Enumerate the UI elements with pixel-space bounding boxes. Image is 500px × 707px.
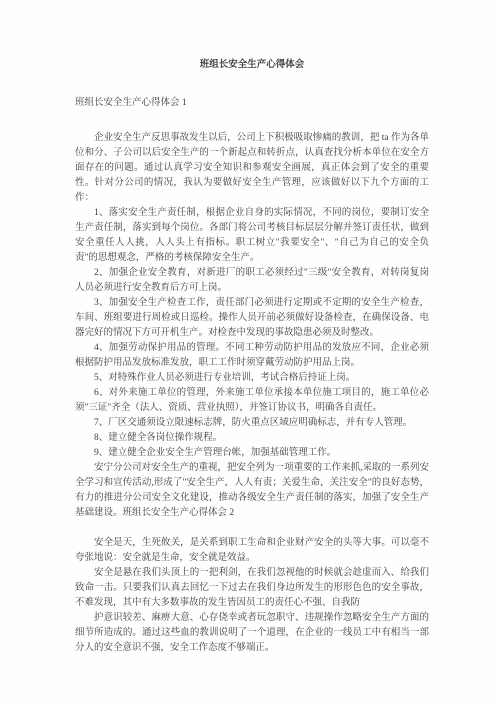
numbered-item-4: 4、加强劳动保护用品的管理。不同工种劳动防护用品的发放应不同，企业必须根据防护用…	[75, 341, 429, 371]
closing-paragraph-with-section-2-heading: 安宁分公司对安全生产的重视，把安全列为一项重要的工作来抓,采取的一系列安全学习和…	[75, 461, 429, 521]
numbered-item-3: 3、加强安全生产检查工作，责任部门必须进行定期或不定期的安全生产检查，车间、班组…	[75, 296, 429, 341]
intro-paragraph: 企业安全生产反思事故发生以后，公司上下积极吸取惨痛的教训，把 ta 作为各单位和…	[75, 131, 429, 206]
document-title: 班组长安全生产心得体会	[75, 58, 429, 73]
numbered-item-6: 6、对外来施工单位的管理，外来施工单位承接本单位施工项目的，施工单位必须"三证"…	[75, 386, 429, 416]
numbered-item-7: 7、厂区交通须设立限速标志牌，防火重点区域应明确标志，并有专人管理。	[75, 416, 429, 431]
numbered-item-5: 5、对特殊作业人员必须进行专业培训，考试合格后持证上岗。	[75, 371, 429, 386]
section-2-paragraph-2: 安全是悬在我们头顶上的一把利剑，在我们忽视他的时候就会趁虚而入、给我们致命一击。…	[75, 566, 429, 611]
numbered-item-8: 8、建立健全各岗位操作规程。	[75, 431, 429, 446]
section-2-paragraph-1: 安全是天，生死攸关，是关系到职工生命和企业财产安全的头等大事。可以毫不夸张地说：…	[75, 536, 429, 566]
section-2-paragraph-3: 护意识较差、麻痹大意、心存侥幸或者玩忽职守、违规操作忽略安全生产方面的细节所造成…	[75, 611, 429, 656]
numbered-item-9: 9、建立健全企业安全生产管理台帐，加强基础管理工作。	[75, 446, 429, 461]
numbered-item-2: 2、加强企业安全教育，对新进厂的职工必须经过"三级"安全教育，对转岗复岗人员必须…	[75, 266, 429, 296]
document-page: 班组长安全生产心得体会 班组长安全生产心得体会 1 企业安全生产反思事故发生以后…	[0, 0, 500, 707]
numbered-item-1: 1、落实安全生产责任制，根据企业自身的实际情况，不同的岗位，要制订安全生产责任制…	[75, 206, 429, 266]
section-1-heading: 班组长安全生产心得体会 1	[75, 96, 429, 111]
